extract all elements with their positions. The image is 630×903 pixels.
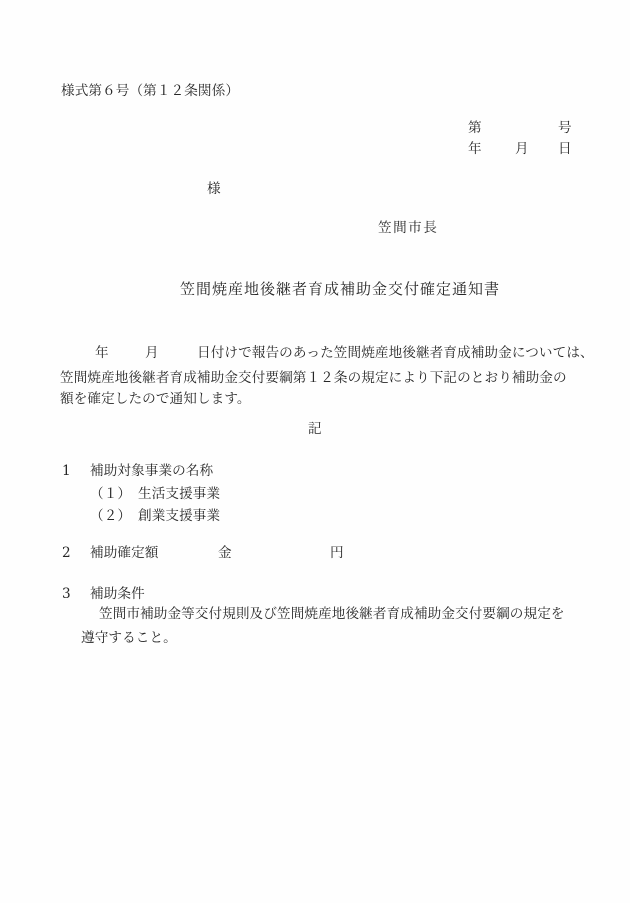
item1-number: 1 <box>62 463 71 479</box>
sender-title: 笠間市長 <box>378 220 438 236</box>
item3-number: 3 <box>62 586 71 602</box>
form-number-label: 様式第６号（第１２条関係） <box>61 83 239 99</box>
item2-title: 補助確定額 <box>90 545 158 561</box>
document-page: 様式第６号（第１２条関係） 第 号 年 月 日 様 笠間市長 笠間焼産地後継者育… <box>0 0 630 903</box>
date-day-label: 日 <box>558 141 572 157</box>
intro-year-blank: 年 <box>95 345 109 361</box>
item1-sub1-text: 生活支援事業 <box>138 486 220 502</box>
item2-yen-label: 円 <box>330 545 344 561</box>
date-year-label: 年 <box>468 141 482 157</box>
item1-sub2-label: （２） <box>90 508 131 524</box>
intro-line2-text: 笠間焼産地後継者育成補助金交付要綱第１２条の規定により下記のとおり補助金の <box>60 370 567 386</box>
item1-title: 補助対象事業の名称 <box>90 463 213 479</box>
addressee-honorific: 様 <box>207 181 221 197</box>
date-month-label: 月 <box>515 141 529 157</box>
item2-number: 2 <box>62 545 71 561</box>
item1-sub1-label: （１） <box>90 486 131 502</box>
item3-body-line1: 笠間市補助金等交付規則及び笠間焼産地後継者育成補助金交付要綱の規定を <box>99 606 565 622</box>
intro-month-blank: 月 <box>145 345 159 361</box>
doc-number-prefix: 第 <box>468 120 482 136</box>
item3-body-line2: 遵守すること。 <box>81 630 177 646</box>
doc-number-suffix: 号 <box>558 120 572 136</box>
document-title: 笠間焼産地後継者育成補助金交付確定通知書 <box>180 281 500 298</box>
record-marker: 記 <box>308 421 322 437</box>
intro-line1-text: 日付けで報告のあった笠間焼産地後継者育成補助金については、 <box>197 345 594 361</box>
item2-currency-label: 金 <box>218 545 232 561</box>
item1-sub2-text: 創業支援事業 <box>138 508 220 524</box>
intro-line3-text: 額を確定したので通知します。 <box>60 391 251 407</box>
item3-title: 補助条件 <box>90 586 145 602</box>
